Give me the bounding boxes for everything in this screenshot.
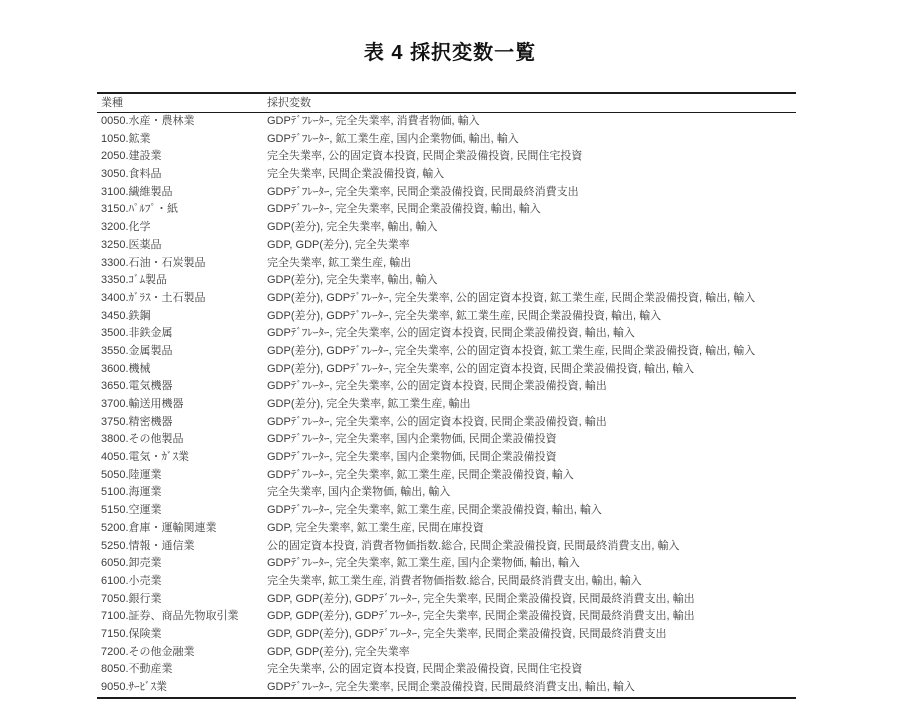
table-row: 3100.繊維製品GDPﾃﾞﾌﾚｰﾀｰ, 完全失業率, 民間企業設備投資, 民間… [97,184,796,202]
variables-cell: GDPﾃﾞﾌﾚｰﾀｰ, 完全失業率, 鉱工業生産, 民間企業設備投資, 輸入 [267,467,796,485]
variables-cell: GDP(差分), 完全失業率, 鉱工業生産, 輸出 [267,396,796,414]
table-row: 5250.情報・通信業公的固定資本投資, 消費者物価指数.総合, 民間企業設備投… [97,538,796,556]
table-row: 8050.不動産業完全失業率, 公的固定資本投資, 民間企業設備投資, 民間住宅… [97,661,796,679]
industry-cell: 5150.空運業 [97,502,267,520]
variables-cell: GDPﾃﾞﾌﾚｰﾀｰ, 完全失業率, 国内企業物価, 民間企業設備投資 [267,449,796,467]
table-row: 9050.ｻｰﾋﾞｽ業GDPﾃﾞﾌﾚｰﾀｰ, 完全失業率, 民間企業設備投資, … [97,679,796,697]
variables-cell: 完全失業率, 鉱工業生産, 輸出 [267,255,796,273]
industry-cell: 3200.化学 [97,219,267,237]
variables-cell: GDP(差分), GDPﾃﾞﾌﾚｰﾀｰ, 完全失業率, 公的固定資本投資, 鉱工… [267,343,796,361]
industry-cell: 3600.機械 [97,361,267,379]
industry-cell: 3500.非鉄金属 [97,325,267,343]
table-row: 3550.金属製品GDP(差分), GDPﾃﾞﾌﾚｰﾀｰ, 完全失業率, 公的固… [97,343,796,361]
industry-cell: 6100.小売業 [97,573,267,591]
table-row: 3600.機械GDP(差分), GDPﾃﾞﾌﾚｰﾀｰ, 完全失業率, 公的固定資… [97,361,796,379]
industry-cell: 3450.鉄鋼 [97,308,267,326]
industry-cell: 4050.電気・ｶﾞｽ業 [97,449,267,467]
industry-cell: 3800.その他製品 [97,431,267,449]
table-row: 5100.海運業完全失業率, 国内企業物価, 輸出, 輸入 [97,484,796,502]
table-row: 0050.水産・農林業GDPﾃﾞﾌﾚｰﾀｰ, 完全失業率, 消費者物価, 輸入 [97,113,796,131]
variables-cell: 完全失業率, 鉱工業生産, 消費者物価指数.総合, 民間最終消費支出, 輸出, … [267,573,796,591]
industry-cell: 9050.ｻｰﾋﾞｽ業 [97,679,267,697]
column-header-selected-variables: 採択変数 [267,94,796,112]
variables-cell: GDPﾃﾞﾌﾚｰﾀｰ, 完全失業率, 公的固定資本投資, 民間企業設備投資, 輸… [267,414,796,432]
table-row: 5200.倉庫・運輸関連業GDP, 完全失業率, 鉱工業生産, 民間在庫投資 [97,520,796,538]
variables-cell: GDPﾃﾞﾌﾚｰﾀｰ, 鉱工業生産, 国内企業物価, 輸出, 輸入 [267,131,796,149]
industry-cell: 7200.その他金融業 [97,644,267,662]
variables-cell: GDPﾃﾞﾌﾚｰﾀｰ, 完全失業率, 消費者物価, 輸入 [267,113,796,131]
industry-cell: 8050.不動産業 [97,661,267,679]
table-row: 5150.空運業GDPﾃﾞﾌﾚｰﾀｰ, 完全失業率, 鉱工業生産, 民間企業設備… [97,502,796,520]
industry-cell: 6050.卸売業 [97,555,267,573]
page-title: 表 4 採択変数一覧 [0,36,900,65]
industry-cell: 3100.繊維製品 [97,184,267,202]
table-row: 3150.ﾊﾟﾙﾌﾟ・紙GDPﾃﾞﾌﾚｰﾀｰ, 完全失業率, 民間企業設備投資,… [97,201,796,219]
table-row: 7200.その他金融業GDP, GDP(差分), 完全失業率 [97,644,796,662]
table-row: 3800.その他製品GDPﾃﾞﾌﾚｰﾀｰ, 完全失業率, 国内企業物価, 民間企… [97,431,796,449]
industry-cell: 7050.銀行業 [97,591,267,609]
variables-cell: GDP, GDP(差分), GDPﾃﾞﾌﾚｰﾀｰ, 完全失業率, 民間企業設備投… [267,608,796,626]
table-row: 2050.建設業完全失業率, 公的固定資本投資, 民間企業設備投資, 民間住宅投… [97,148,796,166]
table-row: 5050.陸運業GDPﾃﾞﾌﾚｰﾀｰ, 完全失業率, 鉱工業生産, 民間企業設備… [97,467,796,485]
industry-cell: 7150.保険業 [97,626,267,644]
variables-cell: GDP, 完全失業率, 鉱工業生産, 民間在庫投資 [267,520,796,538]
variables-cell: GDPﾃﾞﾌﾚｰﾀｰ, 完全失業率, 公的固定資本投資, 民間企業設備投資, 輸… [267,378,796,396]
table-row: 7100.証券、商品先物取引業GDP, GDP(差分), GDPﾃﾞﾌﾚｰﾀｰ,… [97,608,796,626]
industry-cell: 5100.海運業 [97,484,267,502]
industry-cell: 3750.精密機器 [97,414,267,432]
table-row: 3250.医薬品GDP, GDP(差分), 完全失業率 [97,237,796,255]
table-row: 3050.食料品完全失業率, 民間企業設備投資, 輸入 [97,166,796,184]
column-header-industry: 業種 [97,94,267,112]
variables-cell: 完全失業率, 公的固定資本投資, 民間企業設備投資, 民間住宅投資 [267,148,796,166]
industry-cell: 3250.医薬品 [97,237,267,255]
industry-cell: 3400.ｶﾞﾗｽ・土石製品 [97,290,267,308]
table-row: 3750.精密機器GDPﾃﾞﾌﾚｰﾀｰ, 完全失業率, 公的固定資本投資, 民間… [97,414,796,432]
industry-cell: 3150.ﾊﾟﾙﾌﾟ・紙 [97,201,267,219]
document-page: 表 4 採択変数一覧 業種 採択変数 0050.水産・農林業GDPﾃﾞﾌﾚｰﾀｰ… [0,0,900,709]
selected-variables-table: 業種 採択変数 0050.水産・農林業GDPﾃﾞﾌﾚｰﾀｰ, 完全失業率, 消費… [97,92,796,699]
variables-cell: GDP(差分), GDPﾃﾞﾌﾚｰﾀｰ, 完全失業率, 鉱工業生産, 民間企業設… [267,308,796,326]
industry-cell: 3650.電気機器 [97,378,267,396]
table-row: 3300.石油・石炭製品完全失業率, 鉱工業生産, 輸出 [97,255,796,273]
variables-cell: GDPﾃﾞﾌﾚｰﾀｰ, 完全失業率, 民間企業設備投資, 民間最終消費支出, 輸… [267,679,796,697]
table-header-row: 業種 採択変数 [97,94,796,113]
table-row: 7050.銀行業GDP, GDP(差分), GDPﾃﾞﾌﾚｰﾀｰ, 完全失業率,… [97,591,796,609]
variables-cell: GDPﾃﾞﾌﾚｰﾀｰ, 完全失業率, 民間企業設備投資, 輸出, 輸入 [267,201,796,219]
variables-cell: GDPﾃﾞﾌﾚｰﾀｰ, 完全失業率, 公的固定資本投資, 民間企業設備投資, 輸… [267,325,796,343]
industry-cell: 1050.鉱業 [97,131,267,149]
industry-cell: 5050.陸運業 [97,467,267,485]
table-body: 0050.水産・農林業GDPﾃﾞﾌﾚｰﾀｰ, 完全失業率, 消費者物価, 輸入1… [97,113,796,697]
variables-cell: 完全失業率, 民間企業設備投資, 輸入 [267,166,796,184]
table-row: 3650.電気機器GDPﾃﾞﾌﾚｰﾀｰ, 完全失業率, 公的固定資本投資, 民間… [97,378,796,396]
table-row: 1050.鉱業GDPﾃﾞﾌﾚｰﾀｰ, 鉱工業生産, 国内企業物価, 輸出, 輸入 [97,131,796,149]
table-row: 3400.ｶﾞﾗｽ・土石製品GDP(差分), GDPﾃﾞﾌﾚｰﾀｰ, 完全失業率… [97,290,796,308]
variables-cell: GDP, GDP(差分), GDPﾃﾞﾌﾚｰﾀｰ, 完全失業率, 民間企業設備投… [267,626,796,644]
table-row: 7150.保険業GDP, GDP(差分), GDPﾃﾞﾌﾚｰﾀｰ, 完全失業率,… [97,626,796,644]
table-row: 6100.小売業完全失業率, 鉱工業生産, 消費者物価指数.総合, 民間最終消費… [97,573,796,591]
table-row: 4050.電気・ｶﾞｽ業GDPﾃﾞﾌﾚｰﾀｰ, 完全失業率, 国内企業物価, 民… [97,449,796,467]
variables-cell: GDP(差分), 完全失業率, 輸出, 輸入 [267,219,796,237]
variables-cell: GDPﾃﾞﾌﾚｰﾀｰ, 完全失業率, 民間企業設備投資, 民間最終消費支出 [267,184,796,202]
variables-cell: 完全失業率, 公的固定資本投資, 民間企業設備投資, 民間住宅投資 [267,661,796,679]
industry-cell: 7100.証券、商品先物取引業 [97,608,267,626]
variables-cell: GDPﾃﾞﾌﾚｰﾀｰ, 完全失業率, 鉱工業生産, 国内企業物価, 輸出, 輸入 [267,555,796,573]
table-row: 3700.輸送用機器GDP(差分), 完全失業率, 鉱工業生産, 輸出 [97,396,796,414]
industry-cell: 2050.建設業 [97,148,267,166]
variables-cell: 完全失業率, 国内企業物価, 輸出, 輸入 [267,484,796,502]
industry-cell: 5250.情報・通信業 [97,538,267,556]
variables-cell: GDPﾃﾞﾌﾚｰﾀｰ, 完全失業率, 国内企業物価, 民間企業設備投資 [267,431,796,449]
industry-cell: 3700.輸送用機器 [97,396,267,414]
industry-cell: 3350.ｺﾞﾑ製品 [97,272,267,290]
variables-cell: 公的固定資本投資, 消費者物価指数.総合, 民間企業設備投資, 民間最終消費支出… [267,538,796,556]
industry-cell: 3050.食料品 [97,166,267,184]
table-row: 3350.ｺﾞﾑ製品GDP(差分), 完全失業率, 輸出, 輸入 [97,272,796,290]
variables-cell: GDP, GDP(差分), 完全失業率 [267,644,796,662]
table-row: 3450.鉄鋼GDP(差分), GDPﾃﾞﾌﾚｰﾀｰ, 完全失業率, 鉱工業生産… [97,308,796,326]
industry-cell: 3550.金属製品 [97,343,267,361]
table-row: 3200.化学GDP(差分), 完全失業率, 輸出, 輸入 [97,219,796,237]
variables-cell: GDPﾃﾞﾌﾚｰﾀｰ, 完全失業率, 鉱工業生産, 民間企業設備投資, 輸出, … [267,502,796,520]
industry-cell: 0050.水産・農林業 [97,113,267,131]
variables-cell: GDP, GDP(差分), 完全失業率 [267,237,796,255]
variables-cell: GDP, GDP(差分), GDPﾃﾞﾌﾚｰﾀｰ, 完全失業率, 民間企業設備投… [267,591,796,609]
table-row: 6050.卸売業GDPﾃﾞﾌﾚｰﾀｰ, 完全失業率, 鉱工業生産, 国内企業物価… [97,555,796,573]
industry-cell: 5200.倉庫・運輸関連業 [97,520,267,538]
variables-cell: GDP(差分), GDPﾃﾞﾌﾚｰﾀｰ, 完全失業率, 公的固定資本投資, 鉱工… [267,290,796,308]
table-row: 3500.非鉄金属GDPﾃﾞﾌﾚｰﾀｰ, 完全失業率, 公的固定資本投資, 民間… [97,325,796,343]
variables-cell: GDP(差分), GDPﾃﾞﾌﾚｰﾀｰ, 完全失業率, 公的固定資本投資, 民間… [267,361,796,379]
industry-cell: 3300.石油・石炭製品 [97,255,267,273]
variables-cell: GDP(差分), 完全失業率, 輸出, 輸入 [267,272,796,290]
